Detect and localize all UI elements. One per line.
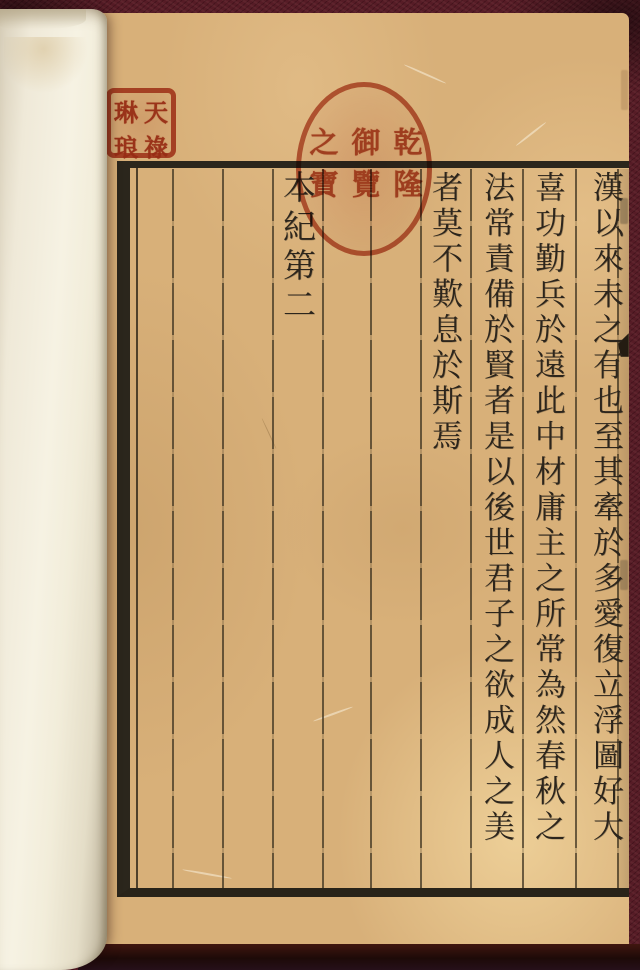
seal-character: 琳	[111, 93, 141, 128]
book-bottom-shadow	[78, 944, 640, 970]
text-column-2: 喜功勤兵於遠此中材庸主之所常為然春秋之	[531, 171, 562, 893]
seal-text-column: 乾隆	[392, 127, 421, 211]
column-rule	[420, 169, 422, 888]
seal-character: 天	[141, 93, 171, 128]
column-rule	[470, 169, 472, 888]
frame-inner-rule	[136, 168, 138, 888]
fold-faint-mark	[621, 70, 628, 110]
turned-page	[0, 9, 107, 970]
paper-fiber	[404, 64, 447, 85]
seal-character: 祿	[141, 128, 171, 163]
text-column-1: 漢以來未之有也至其牽於多愛復立浮圖好大	[589, 171, 620, 893]
column-rule	[522, 169, 524, 888]
text-column-3: 法常責備於賢者是以後世君子之欲成人之美	[480, 171, 511, 893]
column-rule	[172, 169, 174, 888]
column-rule	[575, 169, 577, 888]
column-rule	[370, 169, 372, 888]
column-rule	[322, 169, 324, 888]
square-library-seal: 琳 天 琅 祿	[106, 88, 176, 158]
column-rule	[222, 169, 224, 888]
paper-fiber	[515, 122, 546, 147]
seal-text-column: 御覽	[350, 127, 379, 211]
column-rule	[272, 169, 274, 888]
seal-character: 琅	[111, 128, 141, 163]
text-column-4: 者莫不歎息於斯焉	[428, 171, 459, 893]
rare-book-photo: 漢以來未之有也至其牽於多愛復立浮圖好大 喜功勤兵於遠此中材庸主之所常為然春秋之 …	[0, 0, 640, 970]
oval-imperial-seal: 乾隆 御覽 之寶	[296, 82, 432, 256]
seal-text-column: 之寶	[308, 127, 337, 211]
